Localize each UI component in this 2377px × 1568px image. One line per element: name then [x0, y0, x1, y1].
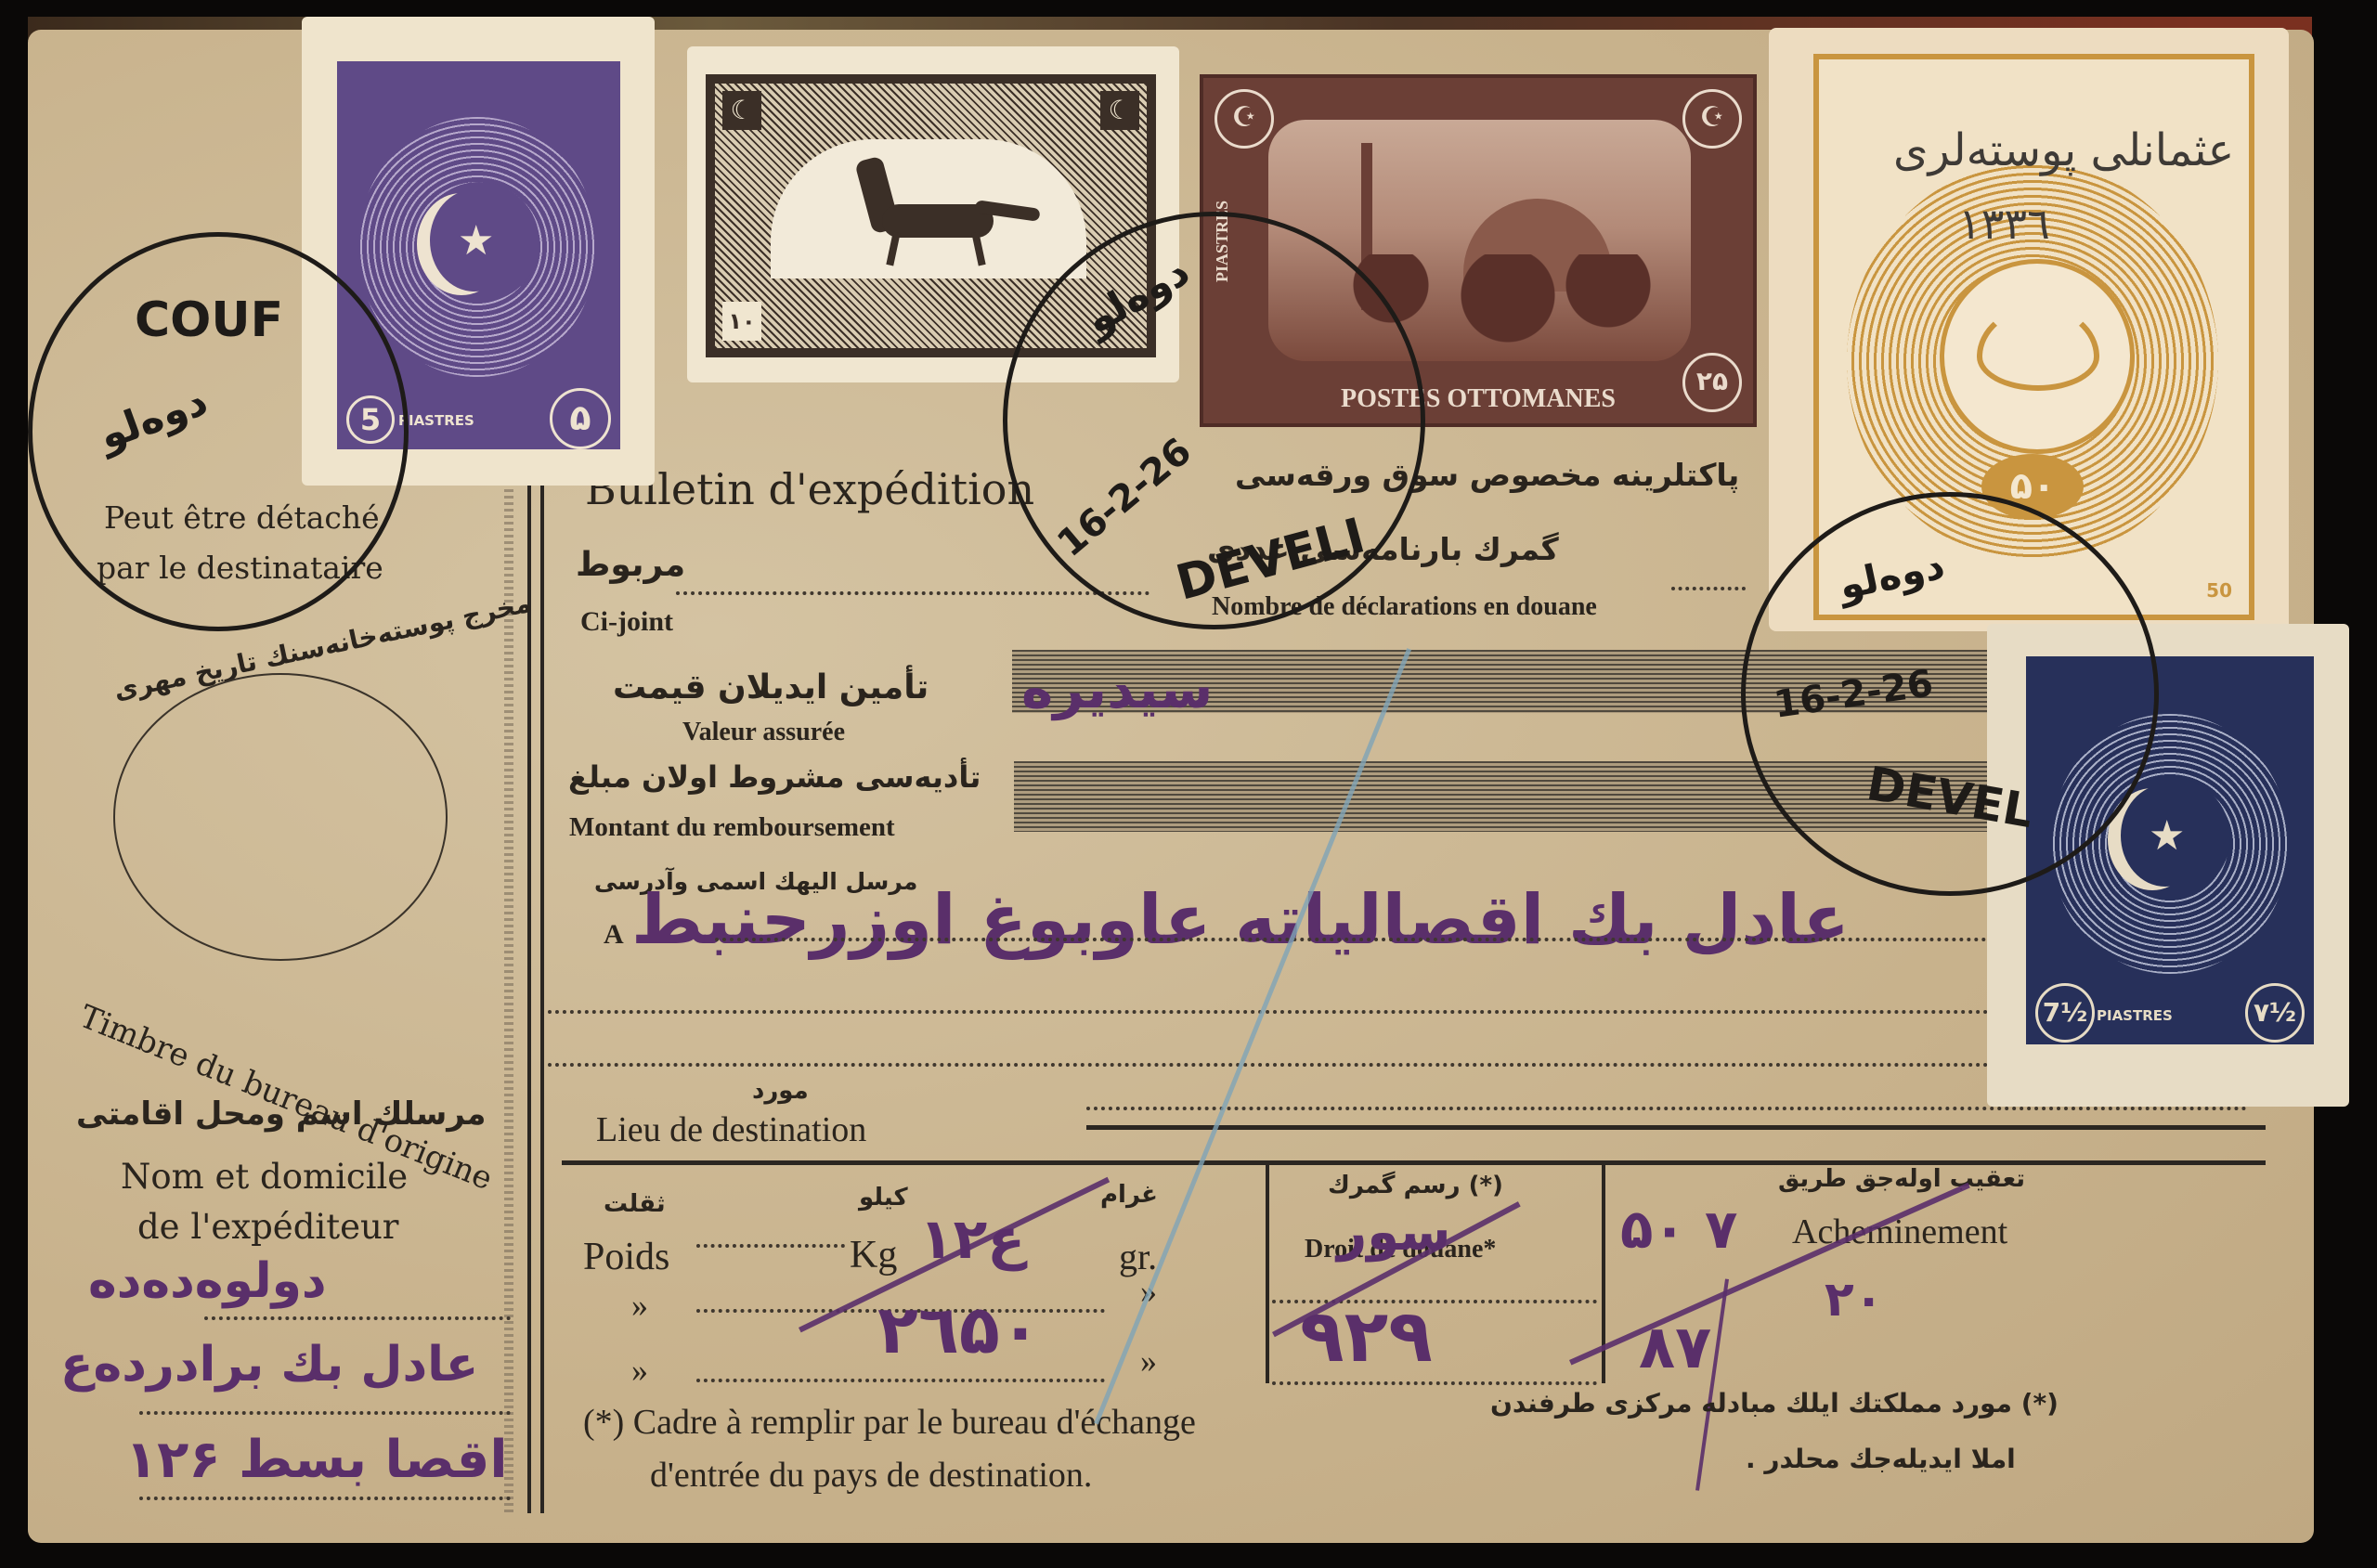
customs-handwritten-top: سور [1337, 1202, 1450, 1263]
postmark-1: COUF دوه‌لو [28, 232, 409, 631]
sender-handwritten-line2: عادل بك برادرده‌ع [60, 1337, 478, 1393]
stub-divider-line [540, 483, 544, 1513]
crescent-icon: ☾ [1100, 91, 1139, 130]
sender-handwritten-line3: اقصا بسط ۱۲۶ [125, 1430, 508, 1490]
weight-handwritten-bottom: ۲٦۵۰ [877, 1290, 1041, 1368]
destination-label: Lieu de destination [596, 1109, 866, 1150]
weight-line [696, 1379, 1105, 1382]
gr-ottoman: غرام [1100, 1181, 1158, 1209]
routing-handwritten-mid: ۲۰ [1825, 1272, 1883, 1328]
crescent-icon: ☪ [1682, 89, 1742, 149]
postmark-ottoman: دوه‌لو [1077, 247, 1197, 343]
postmark-place: DEVEL [1863, 757, 2037, 838]
postmark-date: 16-2-26 [1772, 662, 1936, 727]
weight-label: Poids [583, 1235, 669, 1279]
stamp-value-ottoman: ۲۵ [1682, 353, 1742, 412]
addressee-line [548, 1010, 1996, 1014]
postmark-3: 16-2-26 DEVEL دوه‌لو [1741, 492, 2159, 896]
sender-line [139, 1411, 511, 1415]
stamp-overprint: عثمانلی پوسته‌لری [1893, 124, 2234, 176]
destination-ottoman: مورد [752, 1077, 809, 1105]
postmark-2: 16-2-26 DEVELI دوه‌لو [1003, 212, 1425, 629]
ditto-mark: » [631, 1286, 648, 1325]
addressee-prefix: A [604, 919, 624, 951]
remboursement-label: Montant du remboursement [569, 812, 895, 843]
stamp-value-ottoman: ۱۰ [722, 302, 761, 341]
stub-divider-line [527, 483, 531, 1513]
cijoint-line [676, 591, 1150, 595]
weight-ottoman: ثقلت [604, 1190, 666, 1218]
stamp-value-ottoman: ۷½ [2245, 983, 2305, 1043]
postmark-ottoman: دوه‌لو [93, 377, 214, 460]
postmark-text: COUF [135, 292, 283, 348]
destination-line [1086, 1107, 2247, 1110]
cijoint-ottoman: مربوط [576, 546, 685, 584]
sender-ottoman: مرسلك اسم ومحل اقامتی [76, 1095, 487, 1133]
cijoint-label: Ci-joint [580, 606, 673, 638]
addressee-line [548, 1063, 1996, 1067]
addressee-handwritten: عادل بك اقصالیاته عاوبوغ اوزرحنبط [631, 880, 1850, 960]
sender-line [204, 1316, 511, 1320]
destination-rule [1086, 1125, 2266, 1130]
kg-ottoman: کیلو [859, 1184, 908, 1212]
weight-line [696, 1244, 845, 1248]
stamp-corner-value: 50 [2206, 579, 2232, 602]
star-icon: ★ [458, 217, 494, 265]
sender-handwritten-line1: دولوه‌ده‌ده‌ [88, 1253, 327, 1309]
sender-label-line2: de l'expéditeur [137, 1207, 399, 1247]
stamp-value-ottoman: ۵ [550, 388, 611, 449]
customs-line [1272, 1381, 1597, 1385]
table-column-divider [1266, 1160, 1269, 1383]
sender-label-line1: Nom et domicile [121, 1157, 408, 1197]
star-icon: ★ [2149, 812, 2185, 860]
customs-declarations-line [1671, 587, 1746, 590]
customs-ottoman: (*) رسم گمرك [1328, 1172, 1503, 1199]
remboursement-ottoman: تأدیه‌سی مشروط اولان مبلغ [568, 759, 981, 795]
addressee-line [715, 938, 1987, 941]
valeur-ottoman: تأمین ایدیلان قیمت [613, 668, 929, 706]
footnote-ottoman-line1: (*) مورد مملکتك ایلك مبادله مرکزی طرفندن [1490, 1388, 2059, 1419]
crescent-icon: ☪ [1214, 89, 1274, 149]
routing-ottoman: تعقیب اوله‌جق طریق [1778, 1165, 2025, 1193]
wolf-icon [836, 139, 1040, 260]
ditto-mark: » [1140, 1341, 1157, 1380]
sender-line [139, 1497, 511, 1500]
perforation-line [504, 483, 513, 1513]
footnote-line2: d'entrée du pays de destination. [650, 1455, 1092, 1496]
footnote-ottoman-line2: املا ایدیله‌جك محلدر . [1746, 1444, 2016, 1474]
postmark-ottoman: دوه‌لو [1835, 542, 1948, 609]
crescent-icon: ☾ [722, 91, 761, 130]
stamp-currency: PIASTRES [398, 412, 474, 429]
ditto-mark: » [631, 1351, 648, 1390]
kg-label: Kg [850, 1233, 897, 1277]
valeur-handwritten: سیدیره [1021, 657, 1213, 720]
stamp-currency: PIASTRES [2097, 1007, 2173, 1024]
stamp-overprint-year: ۱۳۳٦ [1958, 199, 2050, 249]
stamp-value: 7½ [2035, 983, 2095, 1043]
origin-stamp-circle [113, 673, 448, 961]
valeur-label: Valeur assurée [682, 718, 845, 747]
postmark-date: 16-2-26 [1049, 430, 1200, 565]
routing-handwritten-top: ۵۰ ۷ [1620, 1198, 1737, 1261]
